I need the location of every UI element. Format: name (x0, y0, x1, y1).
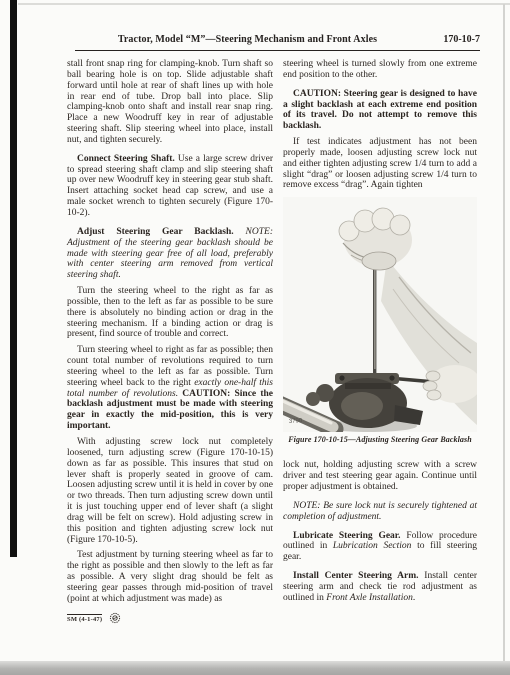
figure-170-10-15: 3790 Figure 170-10-15—Adjusting Steering… (283, 197, 477, 444)
paragraph-install-arm: Install Center Steering Arm. Install cen… (283, 571, 477, 604)
figure-caption: Figure 170-10-15—Adjusting Steering Gear… (283, 435, 477, 444)
reference-text: Lubrication Section (333, 541, 412, 551)
page-edge-top (18, 3, 510, 5)
paragraph-text: steering wheel is turned slowly from one… (283, 59, 477, 80)
caution-text: CAUTION: Steering gear is designed to ha… (283, 89, 477, 132)
paragraph-adjust-backlash: Adjust Steering Gear Backlash. NOTE: Adj… (67, 227, 273, 281)
photo-adjusting-steering-gear: 3790 (283, 197, 477, 432)
section-heading: Connect Steering Shaft. (77, 154, 175, 164)
paragraph-text: . (413, 593, 415, 603)
paragraph-lubricate: Lubricate Steering Gear. Follow procedur… (283, 531, 477, 564)
page-footer: SM (4-1-47) (67, 612, 121, 624)
page-title: Tractor, Model “M”—Steering Mechanism an… (75, 34, 420, 45)
edition-stamp: SM (4-1-47) (67, 614, 102, 623)
section-heading: Adjust Steering Gear Backlash. (77, 227, 234, 237)
section-heading: Lubricate Steering Gear. (293, 531, 401, 541)
paragraph-caution: Turn steering wheel to right as far as p… (67, 345, 273, 432)
paragraph: With adjusting screw lock nut completely… (67, 437, 273, 545)
paragraph: If test indicates adjustment has not bee… (283, 137, 477, 191)
paragraph-note: NOTE: Be sure lock nut is securely tight… (283, 501, 477, 523)
paragraph: lock nut, holding adjusting screw with a… (283, 460, 477, 493)
paragraph-text: Turn the steering wheel to the right as … (67, 286, 273, 339)
page-header: Tractor, Model “M”—Steering Mechanism an… (75, 32, 480, 51)
right-column: steering wheel is turned slowly from one… (283, 59, 477, 609)
photo-number-label: 3790 (289, 418, 303, 425)
paragraph: stall front snap ring for clamping-knob.… (67, 59, 273, 146)
reference-text: Front Axle Installation (326, 593, 413, 603)
section-heading: Install Center Steering Arm. (293, 571, 419, 581)
paragraph-connect-steering-shaft: Connect Steering Shaft. Use a large scre… (67, 154, 273, 219)
page-edge-bottom (0, 661, 510, 675)
page-edge-right (503, 4, 505, 661)
paragraph-text: lock nut, holding adjusting screw with a… (283, 460, 477, 492)
paragraph-text: stall front snap ring for clamping-knob.… (67, 59, 273, 145)
paragraph-text: With adjusting screw lock nut completely… (67, 437, 273, 545)
page-number: 170-10-7 (443, 34, 480, 45)
paragraph-text: Test adjustment by turning steering whee… (67, 550, 273, 603)
paragraph-text: If test indicates adjustment has not bee… (283, 137, 477, 190)
manual-page: Tractor, Model “M”—Steering Mechanism an… (0, 0, 510, 675)
paragraph: steering wheel is turned slowly from one… (283, 59, 477, 81)
publisher-emblem-icon (109, 612, 121, 624)
paragraph: Turn the steering wheel to the right as … (67, 286, 273, 340)
left-column: stall front snap ring for clamping-knob.… (67, 59, 273, 610)
paragraph: Test adjustment by turning steering whee… (67, 550, 273, 604)
note-text: NOTE: Be sure lock nut is securely tight… (283, 501, 477, 522)
paragraph-caution: CAUTION: Steering gear is designed to ha… (283, 89, 477, 132)
binding-spine-bar (10, 0, 17, 557)
